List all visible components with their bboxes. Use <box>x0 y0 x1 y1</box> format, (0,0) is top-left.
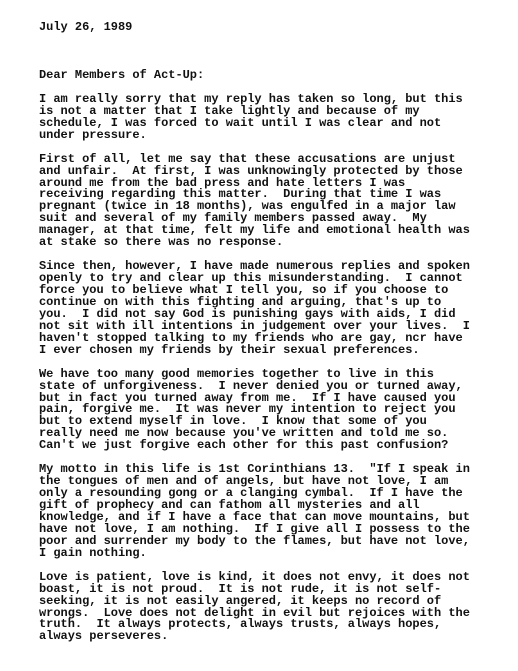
text-line: always perseveres. <box>39 631 514 643</box>
letter-paragraph: Love is patient, love is kind, it does n… <box>39 572 514 644</box>
text-line: Can't we just forgive each other for thi… <box>39 440 514 452</box>
letter-date: July 26, 1989 <box>39 22 514 34</box>
letter-paragraph: We have too many good memories together … <box>39 369 514 453</box>
letter-paragraph: I am really sorry that my reply has take… <box>39 94 514 142</box>
letter-paragraph: First of all, let me say that these accu… <box>39 154 514 250</box>
letter-page: July 26, 1989 Dear Members of Act-Up: I … <box>39 22 514 655</box>
text-line: I gain nothing. <box>39 548 514 560</box>
letter-paragraph: Since then, however, I have made numerou… <box>39 261 514 357</box>
letter-salutation: Dear Members of Act-Up: <box>39 70 514 82</box>
text-line: under pressure. <box>39 130 514 142</box>
text-line: at stake so there was no response. <box>39 237 514 249</box>
text-line: I ever chosen my friends by their sexual… <box>39 345 514 357</box>
letter-body: I am really sorry that my reply has take… <box>39 94 514 643</box>
letter-paragraph: My motto in this life is 1st Corinthians… <box>39 464 514 560</box>
